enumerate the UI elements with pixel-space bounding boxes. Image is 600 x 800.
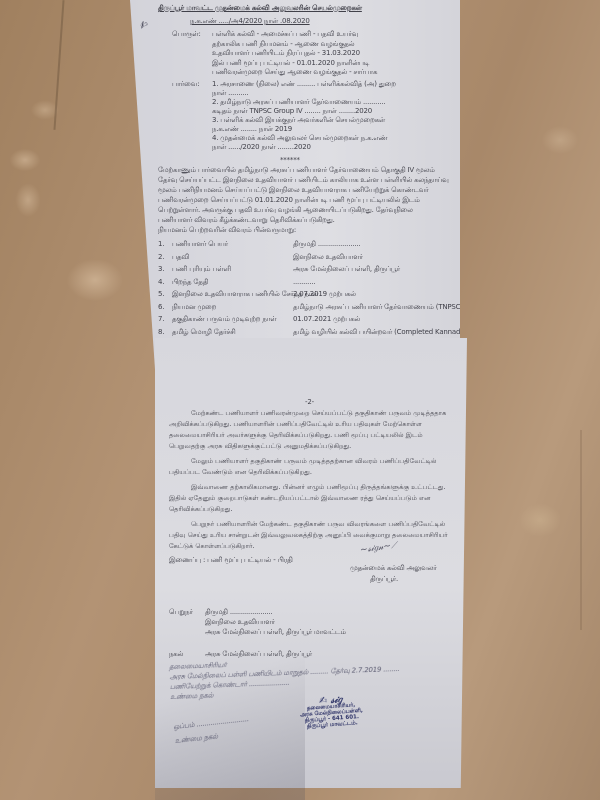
initials-mark: ✍ xyxy=(138,19,151,33)
reference-line: கடிதம் நாள் TNPSC Group IV ........ நாள்… xyxy=(212,107,372,116)
separator: ****** xyxy=(280,156,300,165)
detail-value: ........... xyxy=(293,278,315,287)
signature-place: திருப்பூர். xyxy=(370,575,398,584)
enclosure-line: இணைப்பு : பணி மூப்பு பட்டியல் - பிரதி xyxy=(169,556,293,565)
detail-label: பணி புரியும் பள்ளி xyxy=(172,265,231,274)
subject-line: பள்ளிக் கல்வி - அமைச்சுப் பணி - பதவி உயர… xyxy=(212,30,358,39)
detail-label: பதவி xyxy=(172,253,189,262)
reference-line: 4. முதன்மைக் கல்வி அலுவலர் செயல்முறைகள் … xyxy=(212,134,387,143)
recipient-line: இளநிலை உதவியாளர் xyxy=(205,618,275,627)
reference-label: பார்வை: xyxy=(172,80,199,89)
body-paragraph: மேற்கண்ட பணியாளர் பணிவரன்முறை செய்யப்பட்… xyxy=(169,408,454,452)
subject-line: தற்காலிக பணி நியமனம் - ஆணை வழங்குதல் xyxy=(212,40,354,49)
page1-header: திருப்பூர் மாவட்ட முதன்மைக் கல்வி அலுவலர… xyxy=(158,4,362,13)
detail-no: 2. xyxy=(158,253,164,262)
body-line: பணியாளர் விவரம் கீழ்க்கண்டவாறு தெரிவிக்க… xyxy=(158,216,335,225)
subject-line: இல் பணி மூப்பு பட்டியல் - 01.01.2020 நாள… xyxy=(212,59,369,68)
detail-label: நியமன முறை xyxy=(172,303,216,312)
reference-line: 1. அரசாணை (நிலை) எண் ......... பள்ளிக்கல… xyxy=(212,80,396,89)
detail-no: 8. xyxy=(158,328,164,337)
reference-line: நாள் .......... xyxy=(212,89,248,98)
detail-value: இளநிலை உதவியாளர் xyxy=(293,253,363,262)
detail-label: தகுதிகாண் பருவம் முடிவுற்ற நாள் xyxy=(172,315,276,324)
detail-no: 6. xyxy=(158,303,164,312)
detail-no: 7. xyxy=(158,315,164,324)
detail-no: 4. xyxy=(158,278,164,287)
detail-value: திருமதி ..................... xyxy=(293,240,360,249)
detail-value: அரசு மேல்நிலைப் பள்ளி, திருப்பூர் xyxy=(293,265,400,274)
body-line: மூலம் பணிநியமனம் செய்யப்பட்டு இளநிலை உதவ… xyxy=(158,186,429,195)
body-paragraph: இவ்வாணை தற்காலிகமானது. பின்னர் எழும் பணி… xyxy=(169,482,454,515)
subject-line: உதவியாளர் பணியிடம் நிரப்புதல் - 31.03.20… xyxy=(212,49,360,58)
page1-reference-number: ந.க.எண் ...../அ4/2020 நாள் .08.2020 xyxy=(190,17,310,26)
detail-label: பிறந்த தேதி xyxy=(172,278,208,287)
detail-no: 1. xyxy=(158,240,164,249)
subject-line: பணிவரன்முறை செய்து ஆணை வழங்குதல் - சார்ப… xyxy=(212,68,377,77)
body-paragraph: பெறுநர் பணியாளரின் மேற்கண்ட தகுதிகாண் பர… xyxy=(169,519,454,552)
detail-no: 5. xyxy=(158,290,164,299)
body-paragraph: மேலும் பணியாளர் தகுதிகாண் பருவம் முடித்த… xyxy=(169,456,454,478)
detail-value: 01.07.2021 முற்பகல் xyxy=(293,315,360,324)
reference-line: 3. பள்ளிக் கல்வி இயக்குநர் அவர்களின் செய… xyxy=(212,116,385,125)
reference-line: 2. தமிழ்நாடு அரசுப் பணியாளர் தேர்வாணையம்… xyxy=(212,98,385,107)
document-page-1: ✍ திருப்பூர் மாவட்ட முதன்மைக் கல்வி அலுவ… xyxy=(130,0,460,390)
detail-no: 3. xyxy=(158,265,164,274)
body-line: நியமனம் பெற்றவரின் விவரம் பின்வருமாறு: xyxy=(158,226,296,235)
detail-label: தமிழ் மொழி தேர்ச்சி xyxy=(172,328,236,337)
recipient-line: அரசு மேல்நிலைப் பள்ளி, திருப்பூர் மாவட்ட… xyxy=(205,628,346,637)
school-seal-stamp: ✍ 𝓈𝒾𝑔 தலைமையாசிரியர்,அரசு மேல்நிலைப்பள்ள… xyxy=(299,696,364,730)
to-label: பெறுநர் xyxy=(169,608,193,617)
shadow xyxy=(155,640,305,800)
marble-vein xyxy=(580,430,582,630)
page-number-mark: -2- xyxy=(305,398,314,407)
detail-label: பணியாளர் பெயர் xyxy=(172,240,228,249)
reference-line: ந.க.எண் ........ நாள் 2019 xyxy=(212,125,292,134)
body-line: தேர்வு செய்யப்பட்ட இளநிலை உதவியாளர் பணிய… xyxy=(158,176,449,185)
subject-label: பொருள்: xyxy=(172,30,201,39)
body-line: பெற்றுள்ளார். அவருக்கு பதவி உயர்வு வழங்க… xyxy=(158,206,413,215)
reference-line: நாள் ....../2020 நாள் ........2020 xyxy=(212,143,311,152)
signature-title: முதன்மைக் கல்வி அலுவலர் xyxy=(350,564,437,573)
detail-value: 2.07.2019 முற்பகல் xyxy=(293,290,356,299)
body-line: பணிவரன்முறை செய்யப்பட்டு 01.01.2020 நாளி… xyxy=(158,196,420,205)
detail-value: தமிழ் வழியில் கல்வி பயின்றவர் (Completed… xyxy=(293,328,467,337)
body-line: மேற்காணும் பார்வையில் தமிழ்நாடு அரசுப் ப… xyxy=(158,166,435,175)
recipient-line: திருமதி ..................... xyxy=(205,608,272,617)
